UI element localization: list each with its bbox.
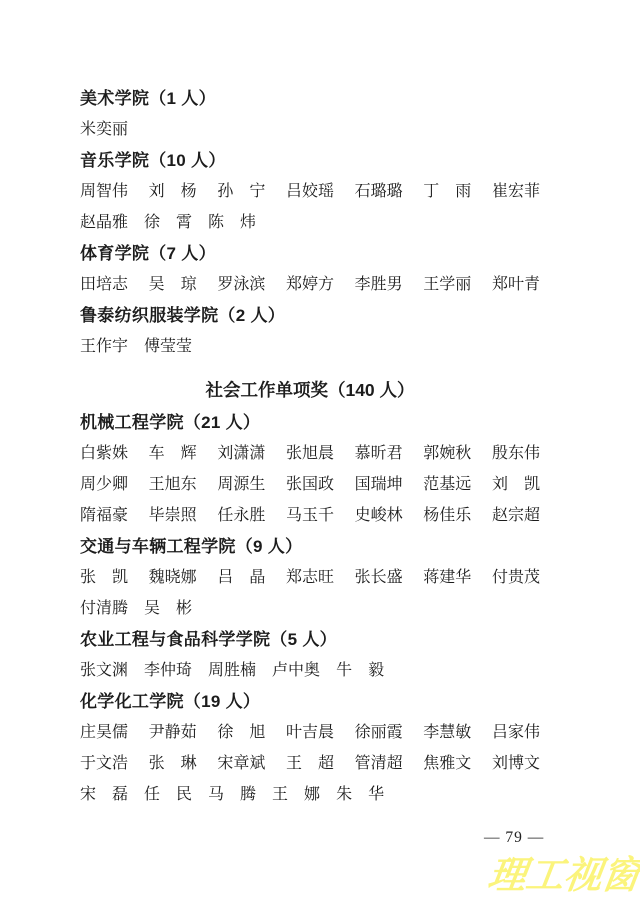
section-heading-lutai: 鲁泰纺织服装学院（2 人）	[80, 298, 540, 329]
person-name: 王学丽	[423, 271, 471, 294]
person-name: 魏晓娜	[149, 564, 197, 587]
section-heading-transportation: 交通与车辆工程学院（9 人）	[80, 529, 540, 560]
name-row: 于文浩 张 琳 宋章斌 王 超 管清超 焦雅文 刘博文	[80, 746, 540, 777]
person-name: 徐丽霞	[355, 719, 403, 742]
person-name: 李仲琦	[144, 657, 192, 680]
person-name: 周少卿	[80, 471, 128, 494]
person-name: 庄昊儒	[80, 719, 128, 742]
section-heading-sports: 体育学院（7 人）	[80, 236, 540, 267]
person-name: 徐 霄	[144, 209, 192, 232]
name-row: 田培志 吴 琼 罗泳滨 郑婷方 李胜男 王学丽 郑叶青	[80, 267, 540, 298]
person-name: 张文渊	[80, 657, 128, 680]
person-name: 车 辉	[149, 440, 197, 463]
person-name: 吴 彬	[144, 595, 192, 618]
section-heading-art: 美术学院（1 人）	[80, 81, 540, 112]
person-name: 周胜楠	[208, 657, 256, 680]
person-name: 叶吉晨	[286, 719, 334, 742]
person-name: 李慧敏	[423, 719, 471, 742]
person-name: 郑叶青	[492, 271, 540, 294]
person-name: 付清腾	[80, 595, 128, 618]
person-name: 刘 凯	[492, 471, 540, 494]
person-name: 石璐璐	[355, 178, 403, 201]
person-name: 傅莹莹	[144, 333, 192, 356]
person-name: 刘博文	[492, 750, 540, 773]
name-row: 付清腾 吴 彬	[80, 591, 540, 622]
person-name: 丁 雨	[423, 178, 471, 201]
person-name: 尹静茹	[149, 719, 197, 742]
person-name: 吴 琼	[149, 271, 197, 294]
section-heading-mechanical: 机械工程学院（21 人）	[80, 405, 540, 436]
name-row: 张文渊 李仲琦 周胜楠 卢中奥 牛 毅	[80, 653, 540, 684]
person-name: 王旭东	[149, 471, 197, 494]
name-row: 张 凯 魏晓娜 吕 晶 郑志旺 张长盛 蒋建华 付贵茂	[80, 560, 540, 591]
person-name: 郭婉秋	[423, 440, 471, 463]
person-name: 毕崇照	[149, 502, 197, 525]
person-name: 慕昕君	[355, 440, 403, 463]
person-name: 朱 华	[336, 781, 384, 804]
watermark-logo: 理工视窗	[485, 854, 640, 898]
person-name: 郑志旺	[286, 564, 334, 587]
name-row: 庄昊儒 尹静茹 徐 旭 叶吉晨 徐丽霞 李慧敏 吕家伟	[80, 715, 540, 746]
person-name: 殷东伟	[492, 440, 540, 463]
person-name: 李胜男	[355, 271, 403, 294]
person-name: 吕姣瑶	[286, 178, 334, 201]
person-name: 杨佳乐	[423, 502, 471, 525]
person-name: 张长盛	[355, 564, 403, 587]
person-name: 范基远	[423, 471, 471, 494]
person-name: 王 超	[286, 750, 334, 773]
section-heading-chemistry: 化学化工学院（19 人）	[80, 684, 540, 715]
person-name: 周源生	[217, 471, 265, 494]
person-name: 国瑞坤	[355, 471, 403, 494]
name-row: 米奕丽	[80, 112, 540, 143]
person-name: 张 凯	[80, 564, 128, 587]
section-heading-agriculture: 农业工程与食品科学学院（5 人）	[80, 622, 540, 653]
person-name: 米奕丽	[80, 116, 128, 139]
page-content: 美术学院（1 人） 米奕丽 音乐学院（10 人） 周智伟 刘 杨 孙 宁 吕姣瑶…	[80, 81, 540, 808]
person-name: 吕 晶	[217, 564, 265, 587]
person-name: 白紫姝	[80, 440, 128, 463]
person-name: 马玉千	[286, 502, 334, 525]
name-row: 白紫姝 车 辉 刘潇潇 张旭晨 慕昕君 郭婉秋 殷东伟	[80, 436, 540, 467]
person-name: 史峻林	[355, 502, 403, 525]
person-name: 卢中奥	[272, 657, 320, 680]
name-row: 周智伟 刘 杨 孙 宁 吕姣瑶 石璐璐 丁 雨 崔宏菲	[80, 174, 540, 205]
name-row: 宋 磊 任 民 马 腾 王 娜 朱 华	[80, 777, 540, 808]
person-name: 张国政	[286, 471, 334, 494]
person-name: 刘 杨	[149, 178, 197, 201]
person-name: 赵宗超	[492, 502, 540, 525]
person-name: 任永胜	[217, 502, 265, 525]
section-heading-music: 音乐学院（10 人）	[80, 143, 540, 174]
person-name: 宋章斌	[217, 750, 265, 773]
name-row: 隋福豪 毕崇照 任永胜 马玉千 史峻林 杨佳乐 赵宗超	[80, 498, 540, 529]
person-name: 赵晶雅	[80, 209, 128, 232]
person-name: 牛 毅	[336, 657, 384, 680]
person-name: 孙 宁	[217, 178, 265, 201]
person-name: 田培志	[80, 271, 128, 294]
person-name: 焦雅文	[423, 750, 471, 773]
person-name: 王 娜	[272, 781, 320, 804]
person-name: 任 民	[144, 781, 192, 804]
person-name: 吕家伟	[492, 719, 540, 742]
person-name: 张旭晨	[286, 440, 334, 463]
person-name: 宋 磊	[80, 781, 128, 804]
person-name: 马 腾	[208, 781, 256, 804]
person-name: 管清超	[355, 750, 403, 773]
person-name: 刘潇潇	[217, 440, 265, 463]
person-name: 张 琳	[149, 750, 197, 773]
person-name: 于文浩	[80, 750, 128, 773]
name-row: 赵晶雅 徐 霄 陈 炜	[80, 205, 540, 236]
award-title: 社会工作单项奖（140 人）	[80, 374, 540, 405]
person-name: 崔宏菲	[492, 178, 540, 201]
page-number: — 79 —	[484, 829, 544, 847]
person-name: 隋福豪	[80, 502, 128, 525]
person-name: 罗泳滨	[217, 271, 265, 294]
document-page: 美术学院（1 人） 米奕丽 音乐学院（10 人） 周智伟 刘 杨 孙 宁 吕姣瑶…	[0, 0, 640, 905]
name-row: 王作宇 傅莹莹	[80, 329, 540, 360]
person-name: 徐 旭	[217, 719, 265, 742]
person-name: 蒋建华	[423, 564, 471, 587]
person-name: 付贵茂	[492, 564, 540, 587]
person-name: 周智伟	[80, 178, 128, 201]
person-name: 郑婷方	[286, 271, 334, 294]
person-name: 陈 炜	[208, 209, 256, 232]
name-row: 周少卿 王旭东 周源生 张国政 国瑞坤 范基远 刘 凯	[80, 467, 540, 498]
person-name: 王作宇	[80, 333, 128, 356]
